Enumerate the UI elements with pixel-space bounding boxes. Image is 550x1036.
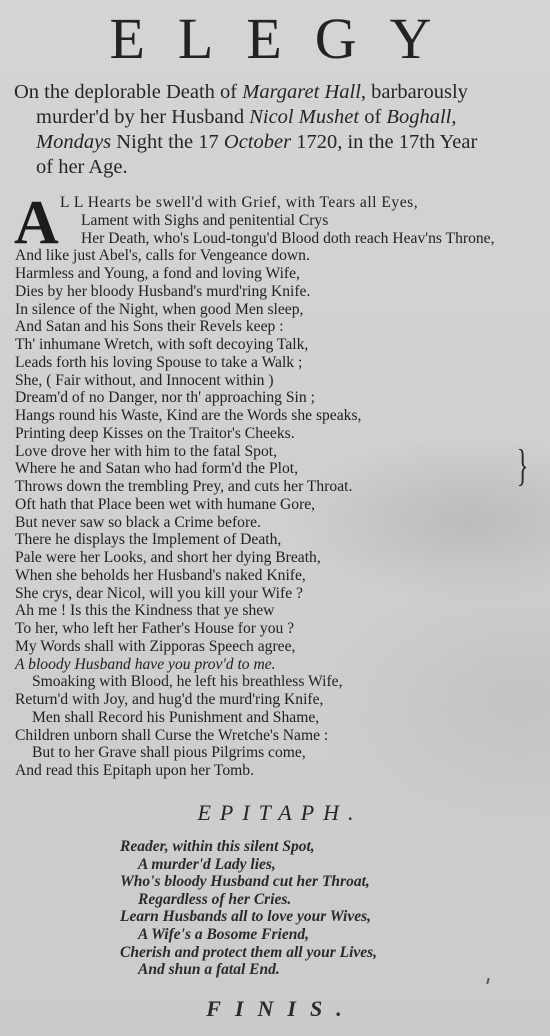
poem-line: Where he and Satan who had form'd the Pl… — [15, 460, 535, 478]
subtitle-italic-run: Boghall — [386, 106, 451, 128]
poem-line: She, ( Fair without, and Innocent within… — [15, 372, 535, 390]
poem-line: My Words shall with Zipporas Speech agre… — [15, 638, 535, 656]
subtitle-run: 1720, in the 17th Year — [291, 131, 477, 153]
poem-line: She crys, dear Nicol, will you kill your… — [15, 585, 535, 603]
poem-line: Hangs round his Waste, Kind are the Word… — [15, 407, 535, 425]
finis-footer: FINIS. — [0, 996, 550, 1022]
epitaph-line: Regardless of her Cries. — [120, 891, 500, 909]
subtitle-run: of her Age. — [36, 156, 128, 178]
subtitle-italic-run: October — [224, 131, 291, 153]
subtitle-italic-run: Mondays — [36, 131, 111, 153]
poem-line: A bloody Husband have you prov'd to me. — [15, 656, 535, 674]
epitaph-verse: Reader, within this silent Spot,A murder… — [120, 838, 500, 979]
poem-line: Throws down the trembling Prey, and cuts… — [15, 478, 535, 496]
subtitle-line: of her Age. — [14, 155, 534, 180]
epitaph-line: And shun a fatal End. — [120, 961, 500, 979]
broadside-page: ELEGY On the deplorable Death of Margare… — [0, 0, 550, 1036]
poem-line: Men shall Record his Punishment and Sham… — [15, 709, 535, 727]
subtitle-italic-run: Nicol Mushet — [249, 106, 359, 128]
subtitle-run: murder'd by her Husband — [36, 106, 249, 128]
epitaph-line: Learn Husbands all to love your Wives, — [120, 908, 500, 926]
poem-line: But never saw so black a Crime before. — [15, 514, 535, 532]
poem-line: But to her Grave shall pious Pilgrims co… — [15, 744, 535, 762]
poem-line: And read this Epitaph upon her Tomb. — [15, 762, 535, 780]
poem-line: Harmless and Young, a fond and loving Wi… — [15, 265, 535, 283]
poem-line: And like just Abel's, calls for Vengeanc… — [15, 247, 535, 265]
ink-speck — [486, 978, 489, 984]
epitaph-line: Reader, within this silent Spot, — [120, 838, 500, 856]
poem-line: Ah me ! Is this the Kindness that ye she… — [15, 602, 535, 620]
subtitle-run: Night the 17 — [111, 131, 224, 153]
poem-line: Love drove her with him to the fatal Spo… — [15, 443, 535, 461]
subtitle-run: , barbarously — [361, 81, 468, 103]
subtitle-run: On the deplorable Death of — [14, 81, 242, 103]
poem-line: Dies by her bloody Husband's murd'ring K… — [15, 283, 535, 301]
subtitle-line: On the deplorable Death of Margaret Hall… — [14, 80, 534, 105]
document-subtitle: On the deplorable Death of Margaret Hall… — [14, 80, 534, 180]
poem-line: Lament with Sighs and penitential Crys — [15, 212, 535, 230]
subtitle-line: Mondays Night the 17 October 1720, in th… — [14, 130, 534, 155]
poem-line: When she beholds her Husband's naked Kni… — [15, 567, 535, 585]
epitaph-line: Cherish and protect them all your Lives, — [120, 944, 500, 962]
poem-line: To her, who left her Father's House for … — [15, 620, 535, 638]
poem-line: In silence of the Night, when good Men s… — [15, 301, 535, 319]
poem-line: And Satan and his Sons their Revels keep… — [15, 318, 535, 336]
poem-line: Her Death, who's Loud-tongu'd Blood doth… — [15, 230, 535, 248]
subtitle-italic-run: Margaret Hall — [242, 81, 361, 103]
poem-line: L L Hearts be swell'd with Grief, with T… — [15, 194, 535, 212]
poem-line: Pale were her Looks, and short her dying… — [15, 549, 535, 567]
poem-line: Return'd with Joy, and hug'd the murd'ri… — [15, 691, 535, 709]
poem-line: Printing deep Kisses on the Traitor's Ch… — [15, 425, 535, 443]
epitaph-heading: EPITAPH. — [0, 800, 550, 826]
brace-ornament-icon: } — [517, 441, 529, 491]
poem-line: Children unborn shall Curse the Wretche'… — [15, 727, 535, 745]
epitaph-line: Who's bloody Husband cut her Throat, — [120, 873, 500, 891]
subtitle-run: of — [359, 106, 386, 128]
epitaph-line: A Wife's a Bosome Friend, — [120, 926, 500, 944]
poem-line: Leads forth his loving Spouse to take a … — [15, 354, 535, 372]
poem-line: Oft hath that Place been wet with humane… — [15, 496, 535, 514]
poem-line: Smoaking with Blood, he left his breathl… — [15, 673, 535, 691]
poem-line: Th' inhumane Wretch, with soft decoying … — [15, 336, 535, 354]
poem-line: There he displays the Implement of Death… — [15, 531, 535, 549]
poem-line: Dream'd of no Danger, nor th' approachin… — [15, 389, 535, 407]
elegy-poem: L L Hearts be swell'd with Grief, with T… — [15, 194, 535, 780]
subtitle-line: murder'd by her Husband Nicol Mushet of … — [14, 105, 534, 130]
document-title: ELEGY — [0, 8, 550, 70]
subtitle-run: , — [451, 106, 456, 128]
epitaph-line: A murder'd Lady lies, — [120, 856, 500, 874]
